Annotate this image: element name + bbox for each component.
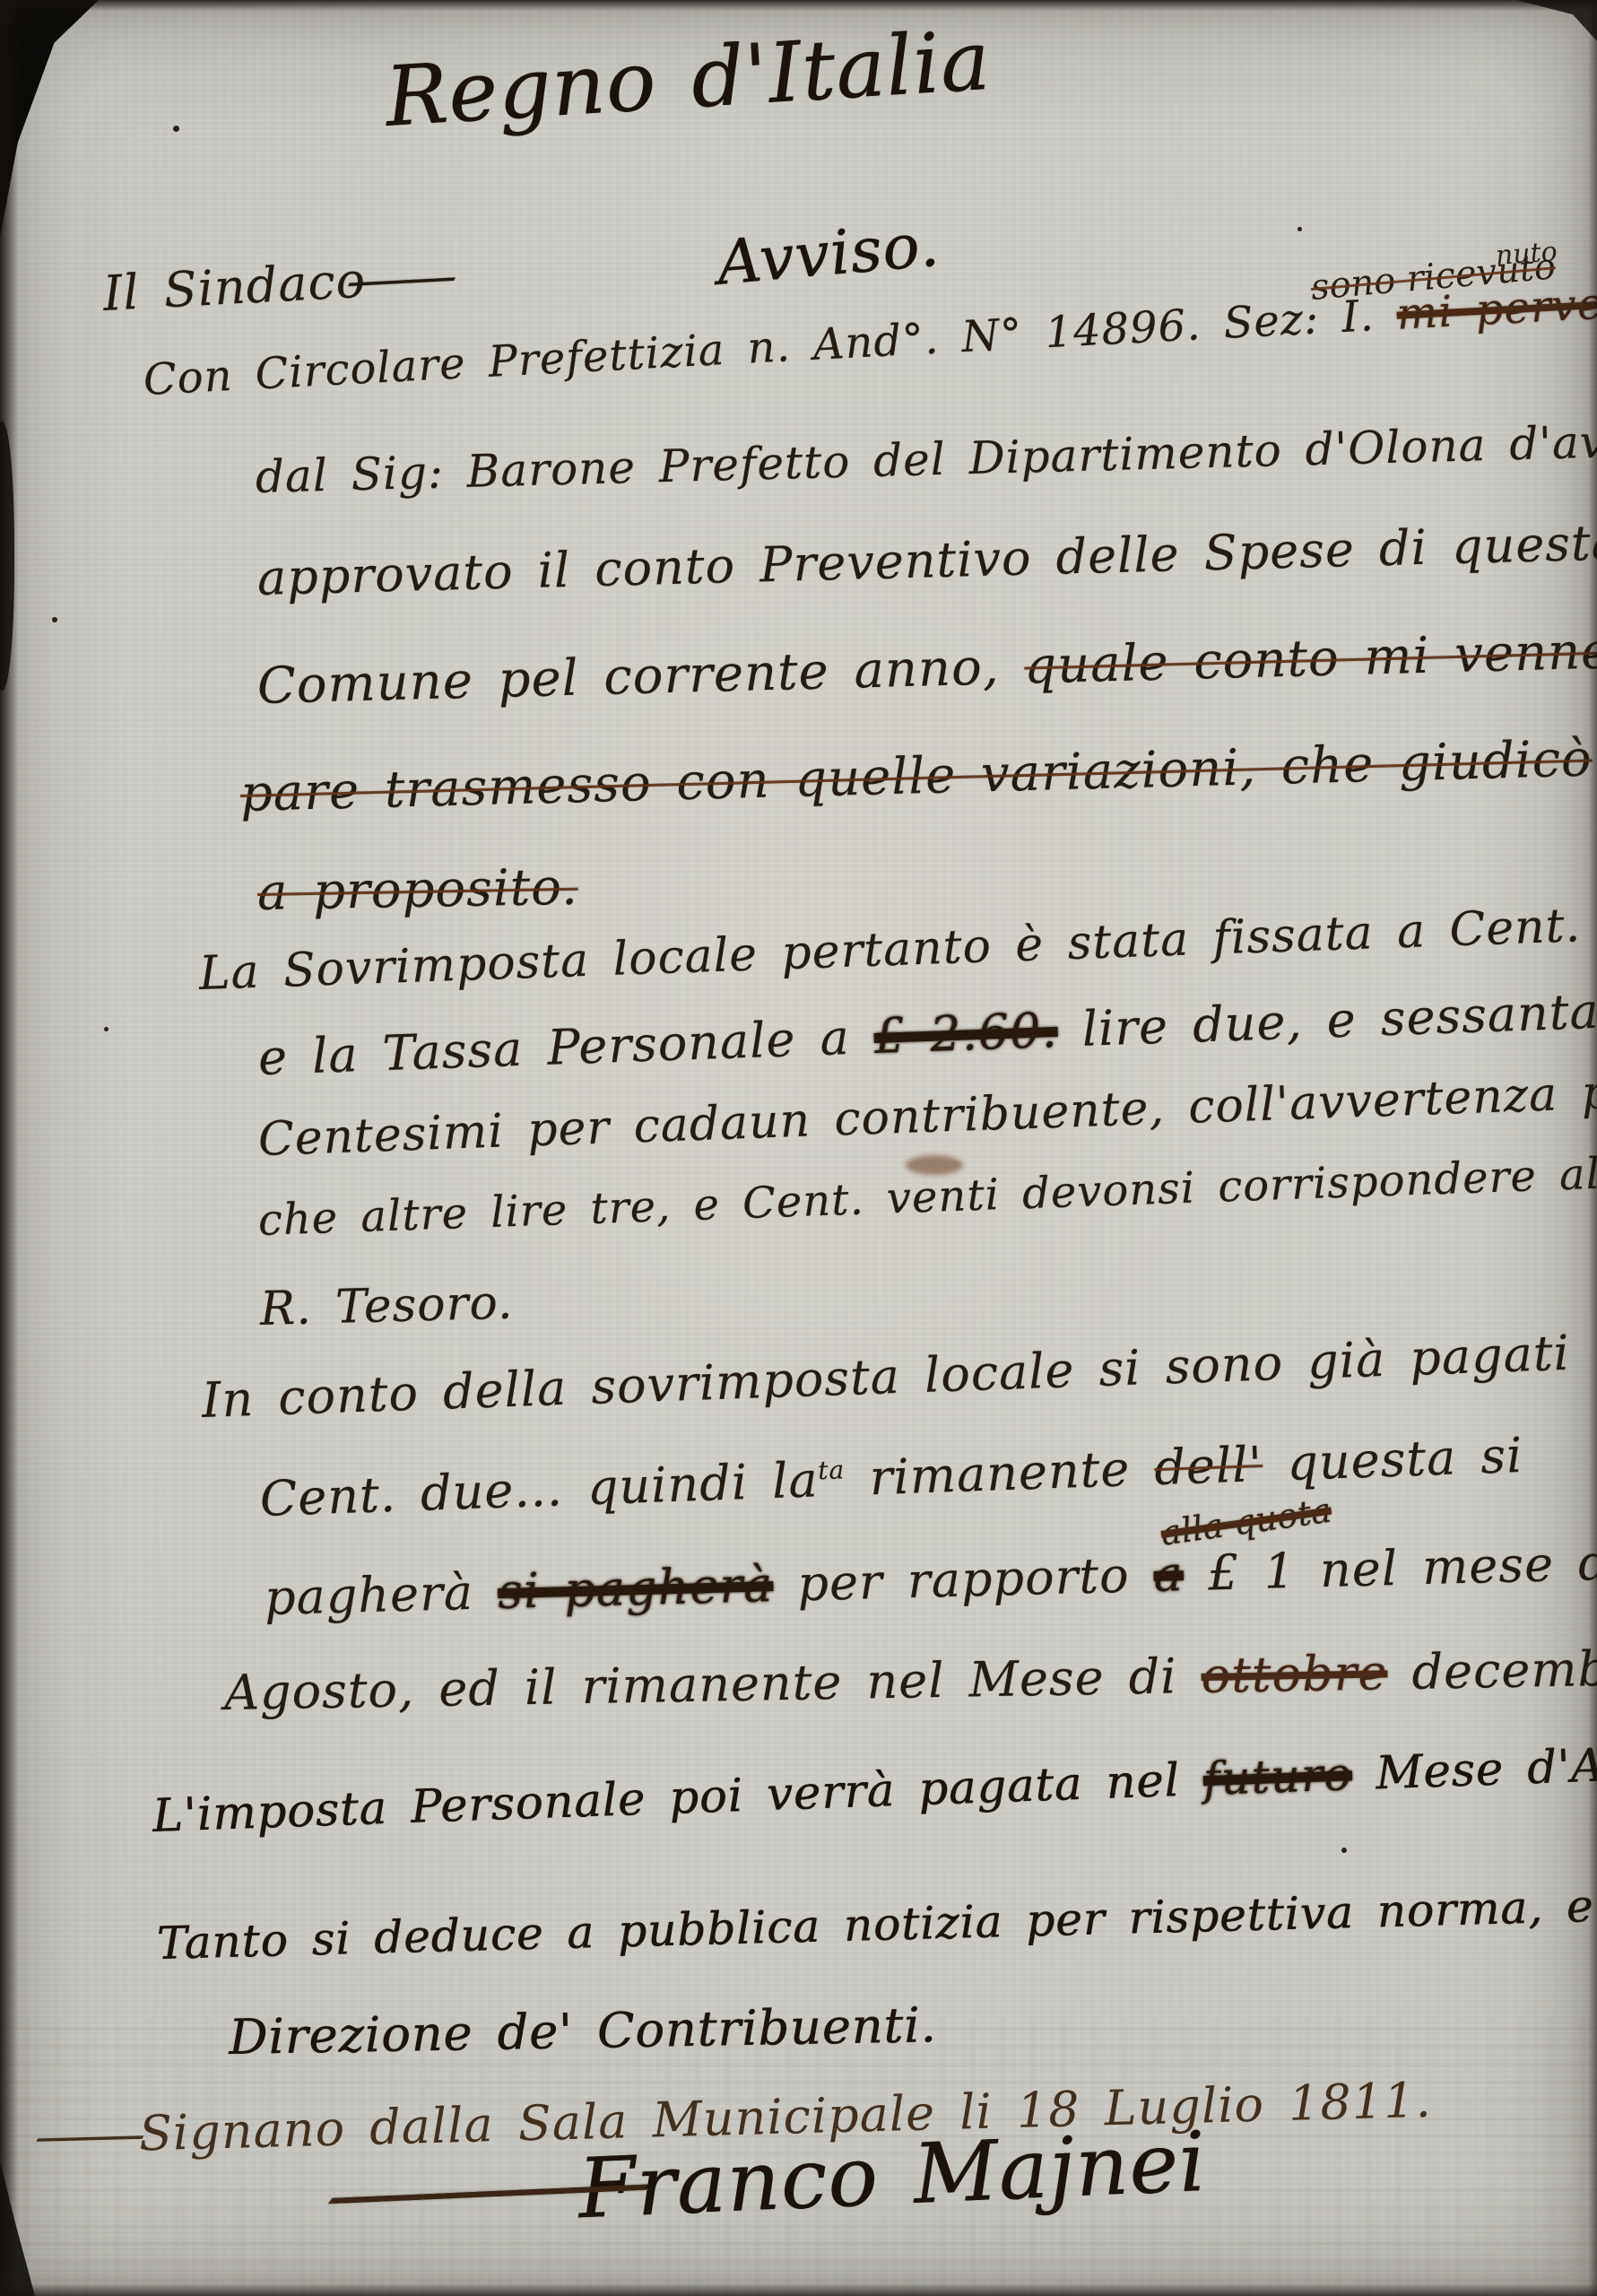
line-direzione: Direzione de' Contribuenti.: [228, 1998, 937, 2064]
dark-edge-right: [1588, 0, 1597, 2296]
ink-speck: [1341, 1848, 1347, 1853]
manuscript-photo: Regno d'Italia Avviso. Il Sindaco— nuto …: [0, 0, 1597, 2296]
ink-smudge: [906, 1155, 963, 1175]
struck-words: dell': [1153, 1436, 1263, 1496]
ink-speck: [173, 126, 179, 132]
struck-amount: £ 2.60.: [873, 1002, 1059, 1065]
superscript-insert: ta: [818, 1455, 846, 1485]
line-text: pagherà: [264, 1563, 499, 1626]
line-text: R. Tesoro.: [259, 1276, 514, 1336]
line-text: rimanente: [844, 1439, 1155, 1507]
struck-month: ottobre: [1201, 1644, 1388, 1704]
struck-words: si pagherà: [497, 1556, 774, 1620]
ink-speck: [52, 617, 57, 622]
line-text: per rapporto: [772, 1546, 1154, 1613]
struck-words: futuro: [1202, 1748, 1353, 1806]
line-a-proposito: a proposito.: [256, 860, 578, 921]
ink-speck: [1298, 227, 1302, 231]
dark-edge-bottom: [0, 2283, 1597, 2296]
line-text: decembre—: [1387, 1639, 1597, 1700]
struck-line-text: a proposito.: [256, 858, 578, 922]
sender-flourish: —: [343, 248, 464, 308]
dark-edge-top: [0, 0, 1597, 11]
margin-dash: —: [31, 2107, 152, 2163]
line-r-tesoro: R. Tesoro.: [259, 1278, 514, 1336]
signature-flourish: —: [313, 2135, 667, 2240]
line-text: £ 1 nel mese di: [1183, 1534, 1597, 1602]
ink-speck: [104, 1027, 108, 1031]
dark-edge-left: [0, 0, 18, 2296]
line-text: questa si: [1262, 1427, 1523, 1492]
struck-letter: a: [1153, 1545, 1185, 1603]
